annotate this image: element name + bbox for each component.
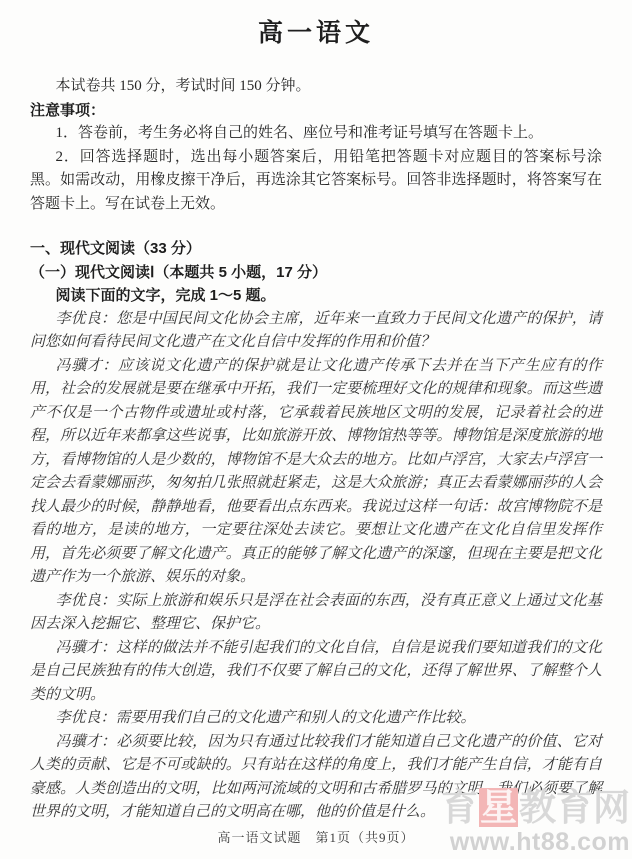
page-title: 高一语文	[0, 13, 632, 49]
section-heading: 一、现代文阅读（33 分）	[30, 237, 602, 261]
reading-instruction: 阅读下面的文字，完成 1～5 题。	[30, 284, 602, 308]
dialogue-paragraph: 冯骥才：这样的做法并不能引起我们的文化自信，自信是说我们要知道我们的文化是自己民…	[30, 637, 602, 708]
dialogue-paragraph: 李优良：实际上旅游和娱乐只是浮在社会表面的东西，没有真正意义上通过文化基因去深入…	[30, 590, 602, 637]
dialogue-paragraph: 冯骥才：应该说文化遗产的保护就是让文化遗产传承下去并在当下产生应有的作用，社会的…	[30, 355, 602, 590]
exam-paper-page: 高一语文 本试卷共 150 分，考试时间 150 分钟。 注意事项： 1．答卷前…	[0, 0, 632, 859]
section-modern-reading: 一、现代文阅读（33 分） （一）现代文阅读Ⅰ（本题共 5 小题，17 分） 阅…	[30, 237, 602, 308]
notice-item-1: 1．答卷前，考生务必将自己的姓名、座位号和准考证号填写在答题卡上。	[30, 122, 602, 146]
dialogue-paragraph: 冯骥才：必须要比较，因为只有通过比较我们才能知道自己文化遗产的价值、它对人类的贡…	[30, 731, 602, 825]
notice-item-2: 2．回答选择题时，选出每小题答案后，用铅笔把答题卡对应题目的答案标号涂黑。如需改…	[30, 146, 602, 217]
subsection-heading: （一）现代文阅读Ⅰ（本题共 5 小题，17 分）	[30, 261, 602, 285]
exam-content: 本试卷共 150 分，考试时间 150 分钟。 注意事项： 1．答卷前，考生务必…	[30, 75, 602, 825]
dialogue-paragraph: 李优良：需要用我们自己的文化遗产和别人的文化遗产作比较。	[30, 707, 602, 731]
interview-passage: 李优良：您是中国民间文化协会主席，近年来一直致力于民间文化遗产的保护，请问您如何…	[30, 308, 602, 825]
dialogue-paragraph: 李优良：您是中国民间文化协会主席，近年来一直致力于民间文化遗产的保护，请问您如何…	[30, 308, 602, 355]
page-footer: 高一语文试题 第1页（共9页）	[0, 827, 632, 846]
notice-heading: 注意事项：	[30, 99, 602, 123]
exam-meta-line: 本试卷共 150 分，考试时间 150 分钟。	[30, 75, 602, 99]
